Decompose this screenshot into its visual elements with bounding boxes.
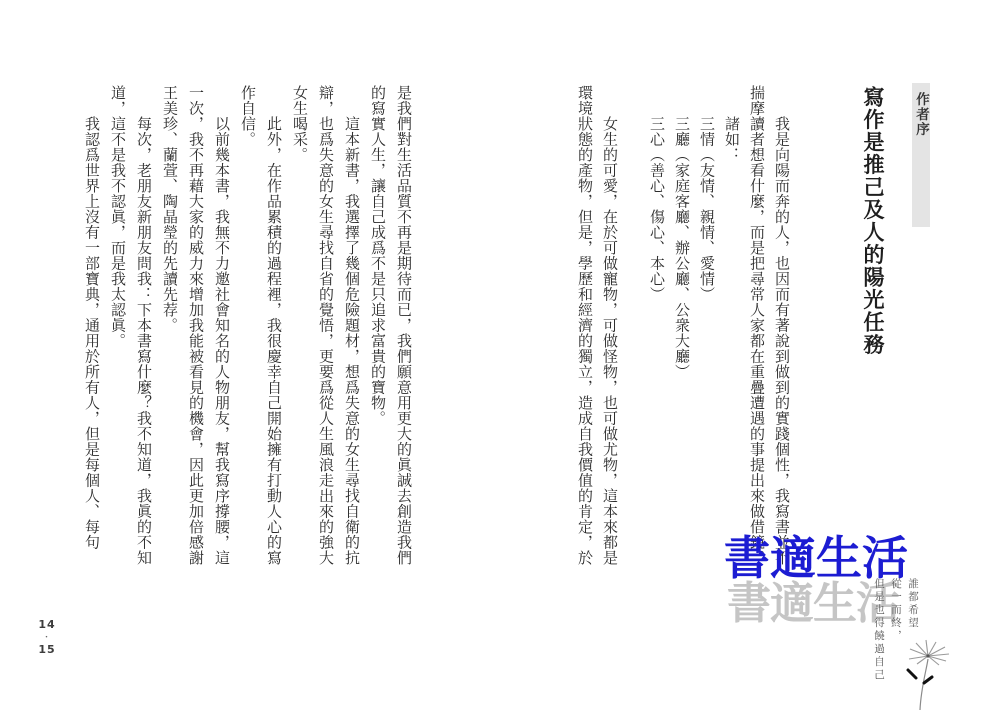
paragraph: 我是向陽而奔的人，也因而有著說到做到的實踐個性，我寫書並不揣摩讀者想看什麼，而是… [743,85,793,568]
paragraph: 此外，在作品累積的過程裡，我很慶幸自己開始擁有打動人心的寫作自信。 [234,85,286,568]
section-label-bar: 作者序 [912,83,930,227]
page-title: 寫作是推己及人的陽光任務 [858,86,888,356]
book-spread-page: 作者序 寫作是推己及人的陽光任務 我是向陽而奔的人，也因而有著說到做到的實踐個性… [0,0,1000,710]
paragraph: 這本新書，我選擇了幾個危險題材，想爲失意的女生尋找自衛的抗辯，也爲失意的女生尋找… [286,85,364,568]
paragraph: 三廳（家庭客廳、辦公廳、公衆大廳） [668,85,693,568]
flower-petals [909,640,949,665]
page-number-separator: ・ [43,634,51,640]
paragraph: 每次，老朋友新朋友問我：下本書寫什麼？我不知道，我眞的不知道，這不是我不認眞，而… [104,85,156,568]
flower-center [926,654,929,657]
paragraph: 是我們對生活品質不再是期待而已，我們願意用更大的眞誠去創造我們的寫實人生，讓自己… [364,85,416,568]
paragraph: 諸如： [718,85,743,568]
page-number-second: 15 [38,643,55,656]
side-title-line: 但是也得饒過自己 [870,578,887,682]
right-page-text: 我是向陽而奔的人，也因而有著說到做到的實踐個性，我寫書並不揣摩讀者想看什麼，而是… [571,85,793,568]
paragraph: 三心（善心、傷心、本心） [643,85,668,568]
page-number: 14 ・ 15 [36,618,58,656]
paragraph: 以前幾本書，我無不力邀社會知名的人物朋友，幫我寫序撐腰，這一次，我不再藉大家的威… [156,85,234,568]
paragraph: 我認爲世界上沒有一部寶典，通用於所有人，但是每個人、每句 [78,85,104,568]
flower-leaves [908,670,932,683]
dandelion-flower-icon [893,638,963,710]
left-page-text: 是我們對生活品質不再是期待而已，我們願意用更大的眞誠去創造我們的寫實人生，讓自己… [78,85,416,568]
section-label: 作者序 [912,92,930,137]
page-number-first: 14 [38,618,55,631]
paragraph: 三情（友情、親情、愛情） [693,85,718,568]
paragraph: 女生的可愛，在於可做寵物，可做怪物，也可做尤物，這本來都是環境狀態的產物，但是，… [571,85,621,568]
